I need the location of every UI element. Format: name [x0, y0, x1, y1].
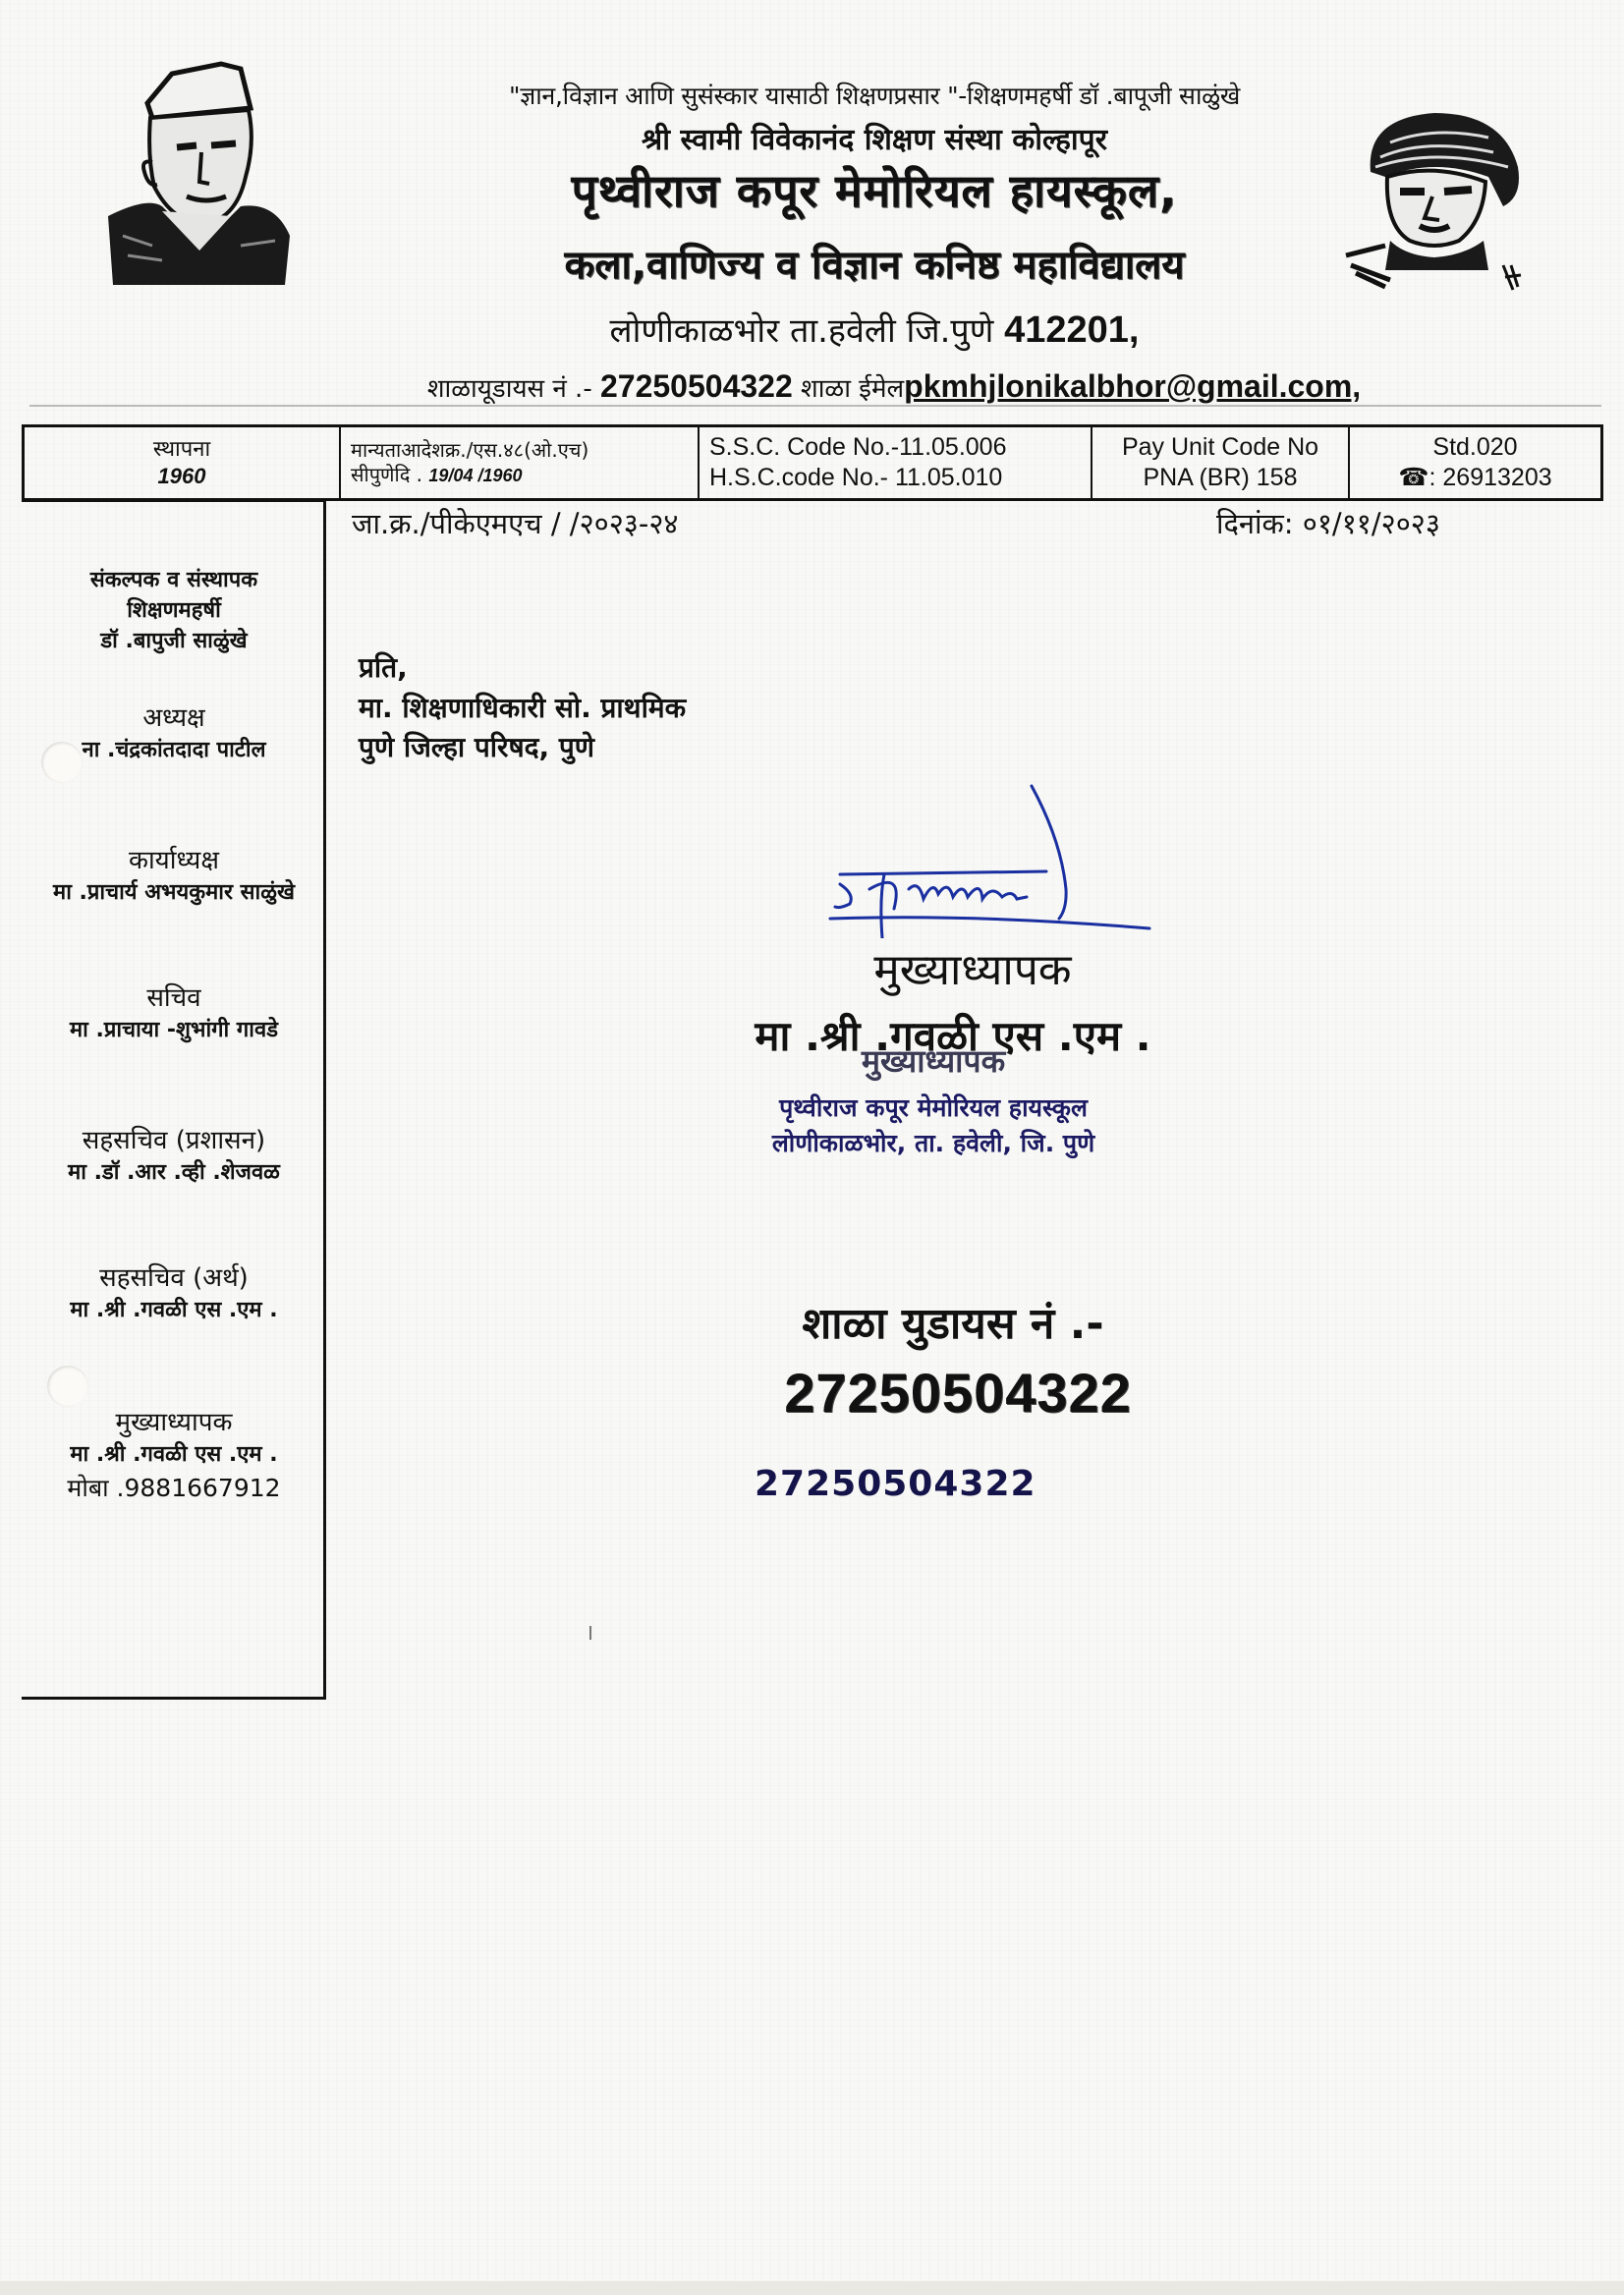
established-cell: स्थापना 1960 — [25, 427, 341, 498]
ssc-code: S.S.C. Code No.-11.05.006 — [709, 432, 1081, 463]
college-name: कला,वाणिज्य व विज्ञान कनिष्ठ महाविद्यालय — [432, 236, 1316, 290]
address-text: लोणीकाळभोर ता.हवेली जि.पुणे — [610, 311, 1005, 351]
sidebar-headmaster: मुख्याध्यापक मा .श्री .गवळी एस .एम . मोब… — [22, 1405, 326, 1505]
header-divider — [29, 405, 1601, 407]
email-label: शाळा ईमेल — [793, 374, 904, 404]
phone-icon: ☎ — [1398, 464, 1428, 491]
ink-speck — [589, 1626, 591, 1640]
phone-number: : 26913203 — [1429, 464, 1552, 491]
trust-name: श्री स्वामी विवेकानंद शिक्षण संस्था कोल्… — [432, 118, 1316, 158]
school-address: लोणीकाळभोर ता.हवेली जि.पुणे 412201, — [432, 307, 1316, 352]
office-bearers-sidebar: संकल्पक व संस्थापक शिक्षणमहर्षी डॉ .बापु… — [22, 499, 326, 1700]
reference-number: जा.क्र./पीकेएमएच / /२०२३-२४ — [352, 504, 679, 542]
signature-title: मुख्याध्यापक — [825, 938, 1120, 997]
board-codes-cell: S.S.C. Code No.-11.05.006 H.S.C.code No.… — [700, 427, 1092, 498]
recipient-title: मा. शिक्षणाधिकारी सो. प्राथमिक — [359, 689, 686, 729]
sidebar-secretary: सचिव मा .प्राचाया -शुभांगी गावडे — [22, 980, 326, 1046]
pincode: 412201, — [1004, 309, 1139, 351]
phone-cell: Std.020 ☎: 26913203 — [1350, 427, 1600, 498]
stamp-school-name: पृथ्वीराज कपूर मेमोरियल हायस्कूल — [727, 1091, 1140, 1126]
stamp-school-address: लोणीकाळभोर, ता. हवेली, जि. पुणे — [727, 1126, 1140, 1161]
sidebar-founder: संकल्पक व संस्थापक शिक्षणमहर्षी डॉ .बापु… — [22, 566, 326, 656]
info-table: स्थापना 1960 मान्यताआदेशक्र./एस.४८(ओ.एच)… — [22, 424, 1603, 501]
recognition-prefix: सीपुणेदि . — [351, 463, 428, 486]
page-bottom-edge — [0, 2281, 1624, 2295]
sidebar-working-president: कार्याध्यक्ष मा .प्राचार्य अभयकुमार साळु… — [22, 843, 326, 909]
vivekananda-portrait — [1326, 98, 1542, 295]
established-year: 1960 — [34, 463, 329, 490]
udise-number-body: 27250504322 — [761, 1361, 1154, 1425]
sidebar-joint-secretary-admin: सहसचिव (प्रशासन) मा .डॉ .आर .व्ही .शेजवळ — [22, 1123, 326, 1189]
udise-label: शाळायूडायस नं .- — [427, 374, 600, 404]
recipient-office: पुणे जिल्हा परिषद, पुणे — [359, 728, 686, 768]
punch-hole — [41, 742, 83, 783]
letter-date: दिनांक: ०१/११/२०२३ — [1216, 504, 1440, 542]
udise-number-stamp: 27250504322 — [755, 1464, 1036, 1504]
recipient-address: प्रति, मा. शिक्षणाधिकारी सो. प्राथमिक पु… — [359, 648, 686, 768]
recognition-cell: मान्यताआदेशक्र./एस.४८(ओ.एच) सीपुणेदि . 1… — [341, 427, 700, 498]
email-link[interactable]: pkmhjlonikalbhor@gmail.com, — [904, 368, 1361, 404]
punch-hole — [47, 1366, 88, 1407]
std-code: Std.020 — [1360, 432, 1591, 463]
udise-email-line: शाळायूडायस नं .- 27250504322 शाळा ईमेलpk… — [364, 368, 1425, 405]
established-label: स्थापना — [34, 436, 329, 464]
school-stamp: पृथ्वीराज कपूर मेमोरियल हायस्कूल लोणीकाळ… — [727, 1091, 1140, 1162]
motto: "ज्ञान,विज्ञान आणि सुसंस्कार यासाठी शिक्… — [432, 79, 1316, 112]
signature — [825, 781, 1159, 938]
stamp-headmaster-role: मुख्याध्यापक — [776, 1039, 1091, 1082]
pay-unit-value: PNA (BR) 158 — [1102, 463, 1338, 493]
recognition-date: 19/04 /1960 — [428, 466, 522, 485]
recipient-salutation: प्रति, — [359, 648, 686, 689]
school-name: पृथ्वीराज कपूर मेमोरियल हायस्कूल, — [432, 159, 1316, 220]
sidebar-joint-secretary-finance: सहसचिव (अर्थ) मा .श्री .गवळी एस .एम . — [22, 1260, 326, 1326]
pay-unit-label: Pay Unit Code No — [1102, 432, 1338, 463]
hsc-code: H.S.C.code No.- 11.05.010 — [709, 463, 1081, 493]
recognition-order: मान्यताआदेशक्र./एस.४८(ओ.एच) — [351, 438, 688, 463]
pay-unit-cell: Pay Unit Code No PNA (BR) 158 — [1092, 427, 1350, 498]
founder-portrait — [93, 49, 305, 285]
udise-label-body: शाळा युडायस नं .- — [766, 1292, 1140, 1351]
udise-number: 27250504322 — [600, 368, 793, 404]
